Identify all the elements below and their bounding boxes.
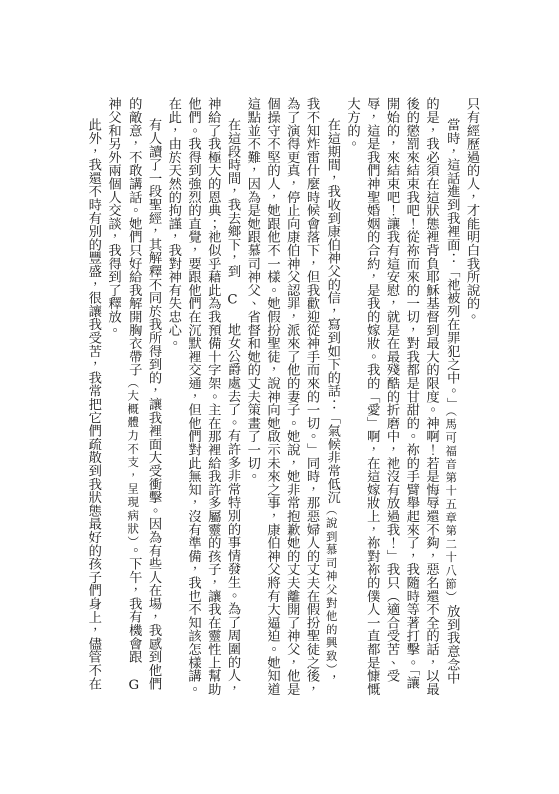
body-text-run: 在這段時間，我去鄉下，到 xyxy=(225,118,240,278)
paragraph: 有人讀了一段聖經，其解釋不同於我所得到的，讓我裡面大受衝擊。因為有些人在場，我感… xyxy=(103,97,163,697)
body-text-run: 當時，這話進到我裡面：「祂被列在罪犯之中。」 xyxy=(444,118,459,411)
paragraph: 當時，這話進到我裡面：「祂被列在罪犯之中。」（馬可福音第十五章第二十八節）放到我… xyxy=(342,97,462,697)
annotation-text: （大概體力不支，呈現病狀） xyxy=(126,376,140,543)
annotation-text: （馬可福音第十五章第二十八節） xyxy=(444,411,458,605)
latin-initial: C xyxy=(225,278,240,323)
paragraph: 只有經歷過的人，才能明白我所說的。 xyxy=(461,97,481,697)
annotation-text: （說到慕司神父對他的興致） xyxy=(325,504,339,671)
book-page: 只有經歷過的人，才能明白我所說的。 當時，這話進到我裡面：「祂被列在罪犯之中。」… xyxy=(0,0,559,794)
paragraph: 此外，我還不時有別的豐盛，很讓我受苦，我常把它們疏散到我狀態最好的孩子們身上，儘… xyxy=(83,97,103,697)
paragraph: 在這段時間，我去鄉下，到 C 地女公爵處去了。有許多非常特別的事情發生。為了周圍… xyxy=(163,97,242,697)
body-text-run: 放到我意念中的是，我必須在這狀態裡背負耶穌基督到最大的限度。神啊！若是悔辱還不夠… xyxy=(345,97,460,696)
body-text-run: 只有經歷過的人，才能明白我所說的。 xyxy=(464,97,479,323)
body-text-run: 在這期間，我收到康伯神父的信，寫到如下的話：「氣候非常低沉 xyxy=(325,118,340,504)
latin-initial: G xyxy=(126,663,141,693)
body-text-run: 此外，我還不時有別的豐盛，很讓我受苦，我常把它們疏散到我狀態最好的孩子們身上，儘… xyxy=(86,118,101,690)
body-text-run: 神父和另外兩個人交談，我得到了釋放。 xyxy=(106,97,121,336)
body-text-run: 。下午，我有機會跟 xyxy=(126,544,141,664)
paragraph: 在這期間，我收到康伯神父的信，寫到如下的話：「氣候非常低沉（說到慕司神父對他的興… xyxy=(242,97,342,697)
vertical-text-block: 只有經歷過的人，才能明白我所說的。 當時，這話進到我裡面：「祂被列在罪犯之中。」… xyxy=(83,97,481,697)
